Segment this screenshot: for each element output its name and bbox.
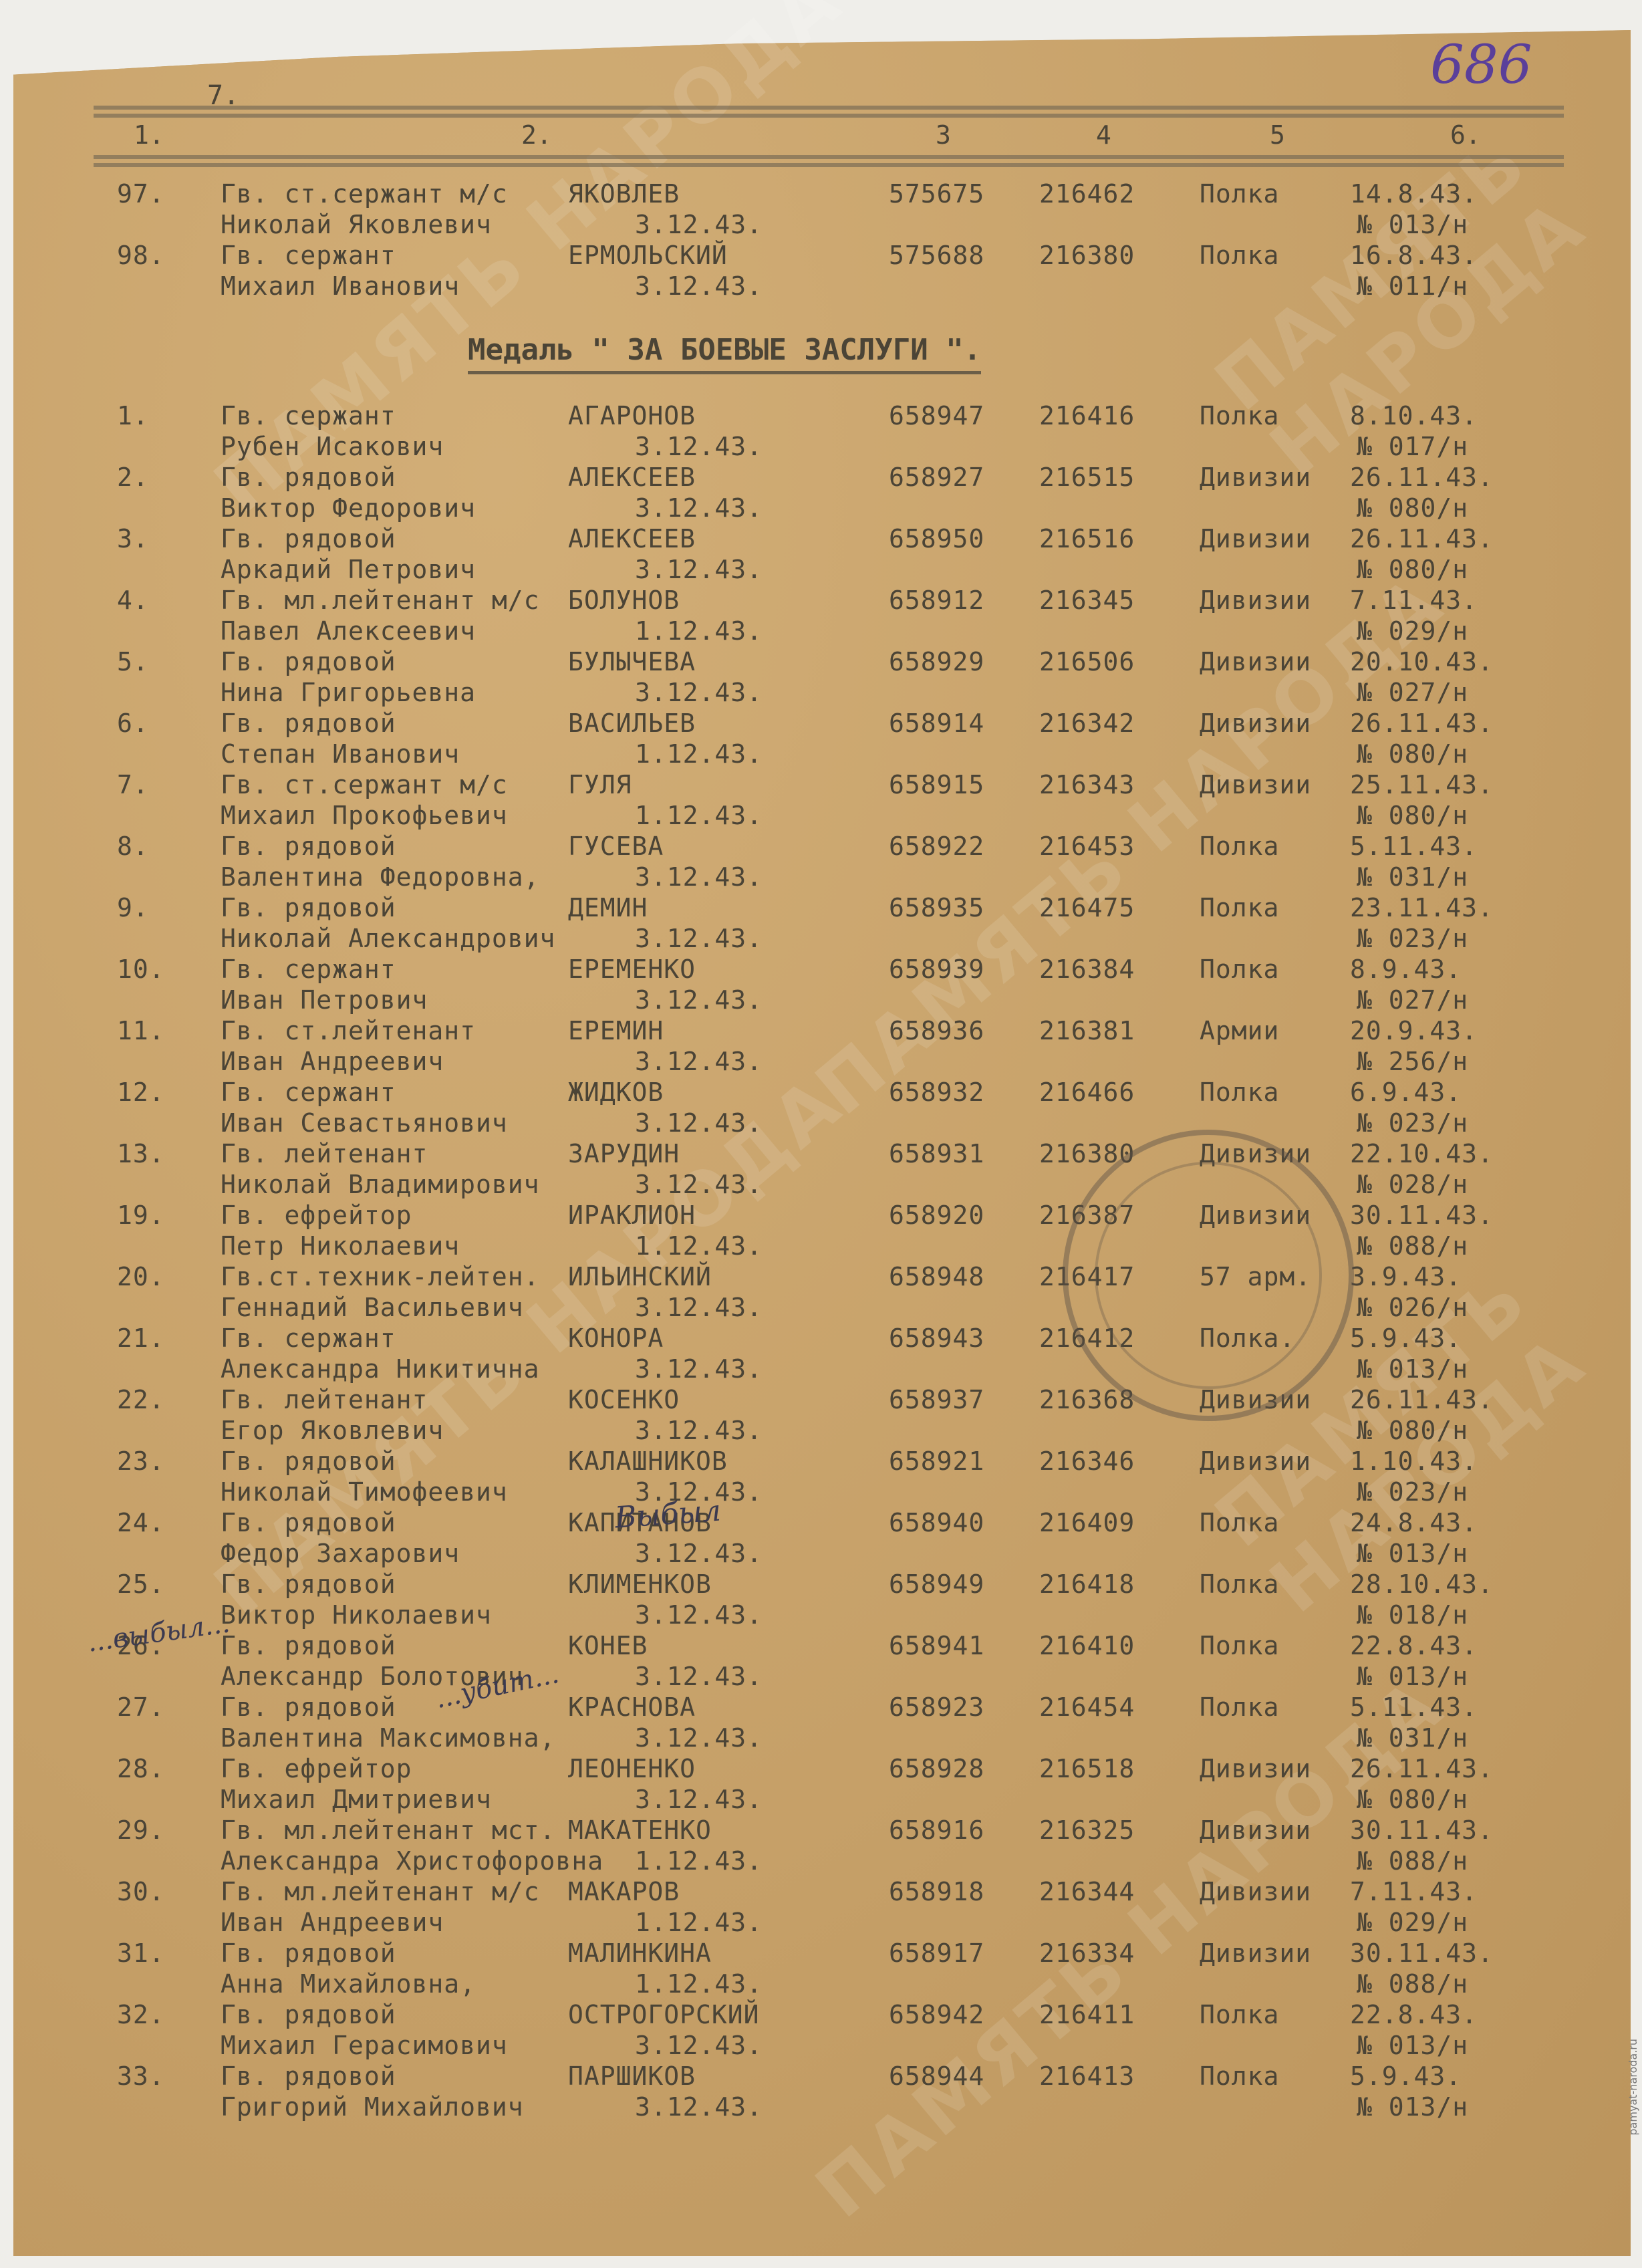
given-name-patronymic: Степан Иванович	[221, 739, 460, 769]
order-date: 16.8.43.	[1350, 241, 1478, 270]
medal-number: 658917	[889, 1938, 984, 1968]
surname: ЗАРУДИН	[568, 1139, 680, 1168]
surname: ЛЕОНЕНКО	[568, 1754, 696, 1783]
date-entered: 3.12.43.	[635, 493, 763, 523]
rank: Гв. ефрейтор	[221, 1754, 412, 1783]
date-entered: 3.12.43.	[635, 678, 763, 707]
medal-number: 658949	[889, 1569, 984, 1599]
order-issuer: Полка	[1200, 1569, 1279, 1599]
surname: ЕРЕМЕНКО	[568, 955, 696, 984]
table-row: 6.Гв. рядовойСтепан ИвановичВАСИЛЬЕВ1.12…	[0, 709, 1642, 770]
date-entered: 1.12.43.	[635, 801, 763, 830]
medal-number: 658936	[889, 1016, 984, 1045]
certificate-number: 216506	[1039, 647, 1135, 676]
surname: МАЛИНКИНА	[568, 1938, 712, 1968]
table-row: 20.Гв.ст.техник-лейтен.Геннадий Васильев…	[0, 1262, 1642, 1324]
order-number: № 026/н	[1357, 1293, 1468, 1322]
rank: Гв. ефрейтор	[221, 1201, 412, 1230]
given-name-patronymic: Иван Петрович	[221, 985, 428, 1015]
given-name-patronymic: Анна Михайловна,	[221, 1969, 476, 1999]
header-rule-bottom	[94, 155, 1564, 171]
date-entered: 3.12.43.	[635, 555, 763, 584]
order-date: 26.11.43.	[1350, 1754, 1494, 1783]
table-row: 2.Гв. рядовойВиктор ФедоровичАЛЕКСЕЕВ3.1…	[0, 463, 1642, 524]
header-rule-top	[94, 106, 1564, 122]
surname: БУЛЫЧЕВА	[568, 647, 696, 676]
order-issuer: Полка	[1200, 401, 1279, 430]
order-date: 22.10.43.	[1350, 1139, 1494, 1168]
order-issuer: Полка	[1200, 2061, 1279, 2091]
given-name-patronymic: Николай Александрович	[221, 924, 555, 953]
date-entered: 1.12.43.	[635, 1846, 763, 1876]
certificate-number: 216462	[1039, 179, 1135, 209]
order-issuer: Полка	[1200, 179, 1279, 209]
surname: КОСЕНКО	[568, 1385, 680, 1414]
surname: АЛЕКСЕЕВ	[568, 463, 696, 492]
order-number: № 256/н	[1357, 1047, 1468, 1076]
table-row: 30.Гв. мл.лейтенант м/сИван АндреевичМАК…	[0, 1877, 1642, 1938]
surname: ДЕМИН	[568, 893, 648, 922]
given-name-patronymic: Николай Владимирович	[221, 1170, 540, 1199]
order-number: № 013/н	[1357, 1662, 1468, 1691]
order-number: № 088/н	[1357, 1969, 1468, 1999]
order-date: 30.11.43.	[1350, 1938, 1494, 1968]
surname: ЕРЕМИН	[568, 1016, 664, 1045]
order-date: 5.11.43.	[1350, 1692, 1478, 1722]
row-number: 9.	[117, 893, 149, 922]
row-number: 24.	[117, 1508, 165, 1537]
given-name-patronymic: Федор Захарович	[221, 1539, 460, 1568]
order-issuer: Дивизии	[1200, 463, 1311, 492]
given-name-patronymic: Геннадий Васильевич	[221, 1293, 524, 1322]
order-date: 14.8.43.	[1350, 179, 1478, 209]
order-issuer: Полка	[1200, 1078, 1279, 1107]
medal-number: 658927	[889, 463, 984, 492]
surname: ВАСИЛЬЕВ	[568, 709, 696, 738]
surname: КЛИМЕНКОВ	[568, 1569, 712, 1599]
table-row: 11.Гв. ст.лейтенантИван АндреевичЕРЕМИН3…	[0, 1016, 1642, 1078]
medal-number: 658940	[889, 1508, 984, 1537]
row-number: 27.	[117, 1692, 165, 1722]
order-issuer: Дивизии	[1200, 586, 1311, 615]
date-entered: 3.12.43.	[635, 1108, 763, 1138]
certificate-number: 216515	[1039, 463, 1135, 492]
certificate-number: 216343	[1039, 770, 1135, 799]
row-number: 11.	[117, 1016, 165, 1045]
date-entered: 1.12.43.	[635, 616, 763, 646]
medal-number: 658920	[889, 1201, 984, 1230]
medal-number: 658914	[889, 709, 984, 738]
date-entered: 3.12.43.	[635, 862, 763, 892]
row-number: 2.	[117, 463, 149, 492]
order-date: 7.11.43.	[1350, 1877, 1478, 1906]
order-number: № 029/н	[1357, 616, 1468, 646]
table-row: 4.Гв. мл.лейтенант м/сПавел АлексеевичБО…	[0, 586, 1642, 647]
order-date: 25.11.43.	[1350, 770, 1494, 799]
order-issuer: Дивизии	[1200, 1446, 1311, 1476]
table-row: 26.Гв. рядовойАлександр БолотовичКОНЕВ3.…	[0, 1631, 1642, 1692]
side-mark: pamyat-naroda.ru	[1627, 2039, 1639, 2136]
date-entered: 1.12.43.	[635, 739, 763, 769]
table-row: 98.Гв. сержантМихаил ИвановичЕРМОЛЬСКИЙ3…	[0, 241, 1642, 302]
table-row: 19.Гв. ефрейторПетр НиколаевичИРАКЛИОН1.…	[0, 1201, 1642, 1262]
certificate-number: 216346	[1039, 1446, 1135, 1476]
medal-number: 575688	[889, 241, 984, 270]
order-number: № 013/н	[1357, 1354, 1468, 1384]
surname: АЛЕКСЕЕВ	[568, 524, 696, 553]
date-entered: 3.12.43.	[635, 1723, 763, 1753]
col-header: 2.	[521, 120, 552, 150]
order-date: 22.8.43.	[1350, 1631, 1478, 1660]
order-number: № 029/н	[1357, 1908, 1468, 1937]
order-date: 26.11.43.	[1350, 463, 1494, 492]
table-row: 23.Гв. рядовойНиколай ТимофеевичКАЛАШНИК…	[0, 1446, 1642, 1508]
order-issuer: Дивизии	[1200, 1754, 1311, 1783]
order-issuer: Полка	[1200, 2000, 1279, 2029]
row-number: 32.	[117, 2000, 165, 2029]
certificate-number: 216413	[1039, 2061, 1135, 2091]
certificate-number: 216334	[1039, 1938, 1135, 1968]
given-name-patronymic: Михаил Герасимович	[221, 2031, 508, 2060]
certificate-number: 216518	[1039, 1754, 1135, 1783]
order-number: № 088/н	[1357, 1846, 1468, 1876]
certificate-number: 216454	[1039, 1692, 1135, 1722]
order-number: № 013/н	[1357, 2092, 1468, 2122]
rank: Гв. ст.сержант м/с	[221, 179, 508, 209]
row-number: 10.	[117, 955, 165, 984]
table-row: 7.Гв. ст.сержант м/сМихаил ПрокофьевичГУ…	[0, 770, 1642, 832]
date-entered: 3.12.43.	[635, 271, 763, 301]
rank: Гв. рядовой	[221, 1631, 396, 1660]
order-date: 20.10.43.	[1350, 647, 1494, 676]
medal-number: 658937	[889, 1385, 984, 1414]
rank: Гв. сержант	[221, 955, 396, 984]
date-entered: 3.12.43.	[635, 210, 763, 239]
order-date: 5.11.43.	[1350, 832, 1478, 861]
surname: ЯКОВЛЕВ	[568, 179, 680, 209]
official-stamp	[1063, 1130, 1354, 1421]
table-row: 1.Гв. сержантРубен ИсаковичАГАРОНОВ3.12.…	[0, 401, 1642, 463]
given-name-patronymic: Иван Севастьянович	[221, 1108, 508, 1138]
rank: Гв. мл.лейтенант мст.	[221, 1815, 555, 1845]
table-row: 32.Гв. рядовойМихаил ГерасимовичОСТРОГОР…	[0, 2000, 1642, 2061]
order-number: № 023/н	[1357, 924, 1468, 953]
row-number: 20.	[117, 1262, 165, 1291]
given-name-patronymic: Валентина Федоровна,	[221, 862, 540, 892]
order-number: № 080/н	[1357, 1785, 1468, 1814]
surname: КАЛАШНИКОВ	[568, 1446, 728, 1476]
medal-number: 658944	[889, 2061, 984, 2091]
surname: ГУЛЯ	[568, 770, 632, 799]
surname: ЖИДКОВ	[568, 1078, 664, 1107]
given-name-patronymic: Михаил Прокофьевич	[221, 801, 508, 830]
date-entered: 3.12.43.	[635, 1293, 763, 1322]
order-number: № 031/н	[1357, 1723, 1468, 1753]
order-number: № 028/н	[1357, 1170, 1468, 1199]
medal-number: 658950	[889, 524, 984, 553]
row-number: 13.	[117, 1139, 165, 1168]
date-entered: 3.12.43.	[635, 1047, 763, 1076]
order-issuer: Дивизии	[1200, 709, 1311, 738]
row-number: 21.	[117, 1324, 165, 1353]
rank: Гв. рядовой	[221, 832, 396, 861]
date-entered: 3.12.43.	[635, 1785, 763, 1814]
rank: Гв.ст.техник-лейтен.	[221, 1262, 540, 1291]
date-entered: 3.12.43.	[635, 1170, 763, 1199]
surname: МАКАТЕНКО	[568, 1815, 712, 1845]
table-row: 10.Гв. сержантИван ПетровичЕРЕМЕНКО3.12.…	[0, 955, 1642, 1016]
order-number: № 017/н	[1357, 432, 1468, 461]
row-number: 6.	[117, 709, 149, 738]
rank: Гв. рядовой	[221, 1692, 396, 1722]
col-header: 1.	[134, 120, 164, 150]
row-number: 22.	[117, 1385, 165, 1414]
order-date: 20.9.43.	[1350, 1016, 1478, 1045]
given-name-patronymic: Егор Яковлевич	[221, 1416, 444, 1445]
surname: ГУСЕВА	[568, 832, 664, 861]
certificate-number: 216516	[1039, 524, 1135, 553]
row-number: 30.	[117, 1877, 165, 1906]
order-number: № 023/н	[1357, 1108, 1468, 1138]
order-issuer: Полка	[1200, 1692, 1279, 1722]
rank: Гв. ст.сержант м/с	[221, 770, 508, 799]
order-issuer: Дивизии	[1200, 647, 1311, 676]
table-row: 3.Гв. рядовойАркадий ПетровичАЛЕКСЕЕВ3.1…	[0, 524, 1642, 586]
certificate-number: 216325	[1039, 1815, 1135, 1845]
order-date: 26.11.43.	[1350, 1385, 1494, 1414]
rank: Гв. лейтенант	[221, 1385, 428, 1414]
rank: Гв. рядовой	[221, 2061, 396, 2091]
given-name-patronymic: Николай Яковлевич	[221, 210, 492, 239]
row-number: 8.	[117, 832, 149, 861]
surname: ПАРШИКОВ	[568, 2061, 696, 2091]
certificate-number: 216411	[1039, 2000, 1135, 2029]
row-number: 3.	[117, 524, 149, 553]
table-row: 29.Гв. мл.лейтенант мст.Александра Христ…	[0, 1815, 1642, 1877]
certificate-number: 216345	[1039, 586, 1135, 615]
certificate-number: 216381	[1039, 1016, 1135, 1045]
rank: Гв. лейтенант	[221, 1139, 428, 1168]
order-number: № 011/н	[1357, 271, 1468, 301]
certificate-number: 216416	[1039, 401, 1135, 430]
order-number: № 018/н	[1357, 1600, 1468, 1630]
medal-number: 658931	[889, 1139, 984, 1168]
table-row: 97.Гв. ст.сержант м/сНиколай ЯковлевичЯК…	[0, 179, 1642, 241]
order-number: № 080/н	[1357, 555, 1468, 584]
certificate-number: 216344	[1039, 1877, 1135, 1906]
order-number: № 013/н	[1357, 210, 1468, 239]
order-date: 26.11.43.	[1350, 524, 1494, 553]
surname: ИЛЬИНСКИЙ	[568, 1262, 712, 1291]
certificate-number: 216342	[1039, 709, 1135, 738]
medal-number: 658935	[889, 893, 984, 922]
row-number: 12.	[117, 1078, 165, 1107]
col-header: 5	[1270, 120, 1285, 150]
given-name-patronymic: Григорий Михайлович	[221, 2092, 524, 2122]
order-issuer: Полка	[1200, 893, 1279, 922]
row-number: 19.	[117, 1201, 165, 1230]
rank: Гв. рядовой	[221, 709, 396, 738]
given-name-patronymic: Александра Никитична	[221, 1354, 540, 1384]
date-entered: 3.12.43.	[635, 1539, 763, 1568]
order-date: 22.8.43.	[1350, 2000, 1478, 2029]
medal-number: 658928	[889, 1754, 984, 1783]
order-number: № 027/н	[1357, 678, 1468, 707]
rank: Гв. мл.лейтенант м/с	[221, 1877, 540, 1906]
medal-number: 658916	[889, 1815, 984, 1845]
certificate-number: 216475	[1039, 893, 1135, 922]
order-date: 30.11.43.	[1350, 1815, 1494, 1845]
date-entered: 3.12.43.	[635, 924, 763, 953]
row-number: 23.	[117, 1446, 165, 1476]
medal-number: 575675	[889, 179, 984, 209]
order-number: № 013/н	[1357, 1539, 1468, 1568]
certificate-number: 216418	[1039, 1569, 1135, 1599]
medal-number: 658922	[889, 832, 984, 861]
given-name-patronymic: Виктор Федорович	[221, 493, 476, 523]
date-entered: 1.12.43.	[635, 1969, 763, 1999]
rank: Гв. рядовой	[221, 1508, 396, 1537]
order-number: № 013/н	[1357, 2031, 1468, 2060]
rank: Гв. рядовой	[221, 463, 396, 492]
row-number: 33.	[117, 2061, 165, 2091]
table-row: 5.Гв. рядовойНина ГригорьевнаБУЛЫЧЕВА3.1…	[0, 647, 1642, 709]
rank: Гв. рядовой	[221, 2000, 396, 2029]
given-name-patronymic: Виктор Николаевич	[221, 1600, 492, 1630]
certificate-number: 216409	[1039, 1508, 1135, 1537]
medal-number: 658915	[889, 770, 984, 799]
given-name-patronymic: Петр Николаевич	[221, 1231, 460, 1261]
order-issuer: Полка	[1200, 832, 1279, 861]
medal-number: 658918	[889, 1877, 984, 1906]
order-number: № 088/н	[1357, 1231, 1468, 1261]
order-date: 7.11.43.	[1350, 586, 1478, 615]
certificate-number: 216380	[1039, 241, 1135, 270]
table-row: 27.Гв. рядовойВалентина Максимовна,КРАСН…	[0, 1692, 1642, 1754]
medal-number: 658932	[889, 1078, 984, 1107]
medal-number: 658947	[889, 401, 984, 430]
col-header: 4	[1096, 120, 1111, 150]
certificate-number: 216466	[1039, 1078, 1135, 1107]
date-entered: 3.12.43.	[635, 1600, 763, 1630]
surname: КРАСНОВА	[568, 1692, 696, 1722]
certificate-number: 216410	[1039, 1631, 1135, 1660]
row-number: 25.	[117, 1569, 165, 1599]
given-name-patronymic: Александра Христофоровна	[221, 1846, 603, 1876]
surname: ОСТРОГОРСКИЙ	[568, 2000, 760, 2029]
medal-number: 658948	[889, 1262, 984, 1291]
rank: Гв. рядовой	[221, 524, 396, 553]
surname: КОНЕВ	[568, 1631, 648, 1660]
date-entered: 3.12.43.	[635, 2031, 763, 2060]
order-number: № 027/н	[1357, 985, 1468, 1015]
date-entered: 3.12.43.	[635, 2092, 763, 2122]
order-issuer: Армии	[1200, 1016, 1279, 1045]
col-header: 3	[936, 120, 951, 150]
table-row: 25.Гв. рядовойВиктор НиколаевичКЛИМЕНКОВ…	[0, 1569, 1642, 1631]
order-number: № 080/н	[1357, 739, 1468, 769]
medal-number: 658912	[889, 586, 984, 615]
order-issuer: Дивизии	[1200, 1938, 1311, 1968]
row-number: 31.	[117, 1938, 165, 1968]
table-row: 8.Гв. рядовойВалентина Федоровна,ГУСЕВА3…	[0, 832, 1642, 893]
given-name-patronymic: Иван Андреевич	[221, 1908, 444, 1937]
given-name-patronymic: Валентина Максимовна,	[221, 1723, 555, 1753]
order-issuer: Полка	[1200, 955, 1279, 984]
table-row: 28.Гв. ефрейторМихаил ДмитриевичЛЕОНЕНКО…	[0, 1754, 1642, 1815]
order-date: 6.9.43.	[1350, 1078, 1462, 1107]
row-number: 28.	[117, 1754, 165, 1783]
order-date: 8.9.43.	[1350, 955, 1462, 984]
date-entered: 3.12.43.	[635, 985, 763, 1015]
order-date: 24.8.43.	[1350, 1508, 1478, 1537]
date-entered: 3.12.43.	[635, 1662, 763, 1691]
medal-number: 658921	[889, 1446, 984, 1476]
table-row: 12.Гв. сержантИван СевастьяновичЖИДКОВ3.…	[0, 1078, 1642, 1139]
rank: Гв. рядовой	[221, 893, 396, 922]
order-date: 26.11.43.	[1350, 709, 1494, 738]
given-name-patronymic: Рубен Исакович	[221, 432, 444, 461]
surname: БОЛУНОВ	[568, 586, 680, 615]
table-row: 24.Гв. рядовойФедор ЗахаровичКАПИТАНОВ3.…	[0, 1508, 1642, 1569]
order-date: 5.9.43.	[1350, 2061, 1462, 2091]
medal-number: 658942	[889, 2000, 984, 2029]
order-date: 8.10.43.	[1350, 401, 1478, 430]
surname: АГАРОНОВ	[568, 401, 696, 430]
row-number: 98.	[117, 241, 165, 270]
rank: Гв. рядовой	[221, 1569, 396, 1599]
row-number: 29.	[117, 1815, 165, 1845]
rank: Гв. сержант	[221, 241, 396, 270]
date-entered: 3.12.43.	[635, 1416, 763, 1445]
medal-number: 658923	[889, 1692, 984, 1722]
given-name-patronymic: Аркадий Петрович	[221, 555, 476, 584]
order-number: № 080/н	[1357, 493, 1468, 523]
order-date: 28.10.43.	[1350, 1569, 1494, 1599]
rank: Гв. сержант	[221, 1078, 396, 1107]
date-entered: 1.12.43.	[635, 1908, 763, 1937]
row-number: 4.	[117, 586, 149, 615]
given-name-patronymic: Михаил Иванович	[221, 271, 460, 301]
rank: Гв. рядовой	[221, 647, 396, 676]
date-entered: 1.12.43.	[635, 1231, 763, 1261]
order-number: № 023/н	[1357, 1477, 1468, 1507]
order-number: № 031/н	[1357, 862, 1468, 892]
medal-number: 658929	[889, 647, 984, 676]
row-number: 1.	[117, 401, 149, 430]
surname: ИРАКЛИОН	[568, 1201, 696, 1230]
col-header: 6.	[1450, 120, 1481, 150]
certificate-number: 216453	[1039, 832, 1135, 861]
given-name-patronymic: Николай Тимофеевич	[221, 1477, 508, 1507]
row-number: 5.	[117, 647, 149, 676]
rank: Гв. мл.лейтенант м/с	[221, 586, 540, 615]
table-row: 33.Гв. рядовойГригорий МихайловичПАРШИКО…	[0, 2061, 1642, 2123]
order-issuer: Полка	[1200, 1508, 1279, 1537]
order-date: 5.9.43.	[1350, 1324, 1462, 1353]
given-name-patronymic: Михаил Дмитриевич	[221, 1785, 492, 1814]
row-number: 7.	[117, 770, 149, 799]
date-entered: 3.12.43.	[635, 432, 763, 461]
row-number: 97.	[117, 179, 165, 209]
rank: Гв. сержант	[221, 1324, 396, 1353]
table-row: 21.Гв. сержантАлександра НикитичнаКОНОРА…	[0, 1324, 1642, 1385]
certificate-number: 216384	[1039, 955, 1135, 984]
page-number: 686	[1430, 33, 1532, 96]
order-issuer: Дивизии	[1200, 524, 1311, 553]
table-row: 22.Гв. лейтенантЕгор ЯковлевичКОСЕНКО3.1…	[0, 1385, 1642, 1446]
table-row: 9.Гв. рядовойНиколай АлександровичДЕМИН3…	[0, 893, 1642, 955]
